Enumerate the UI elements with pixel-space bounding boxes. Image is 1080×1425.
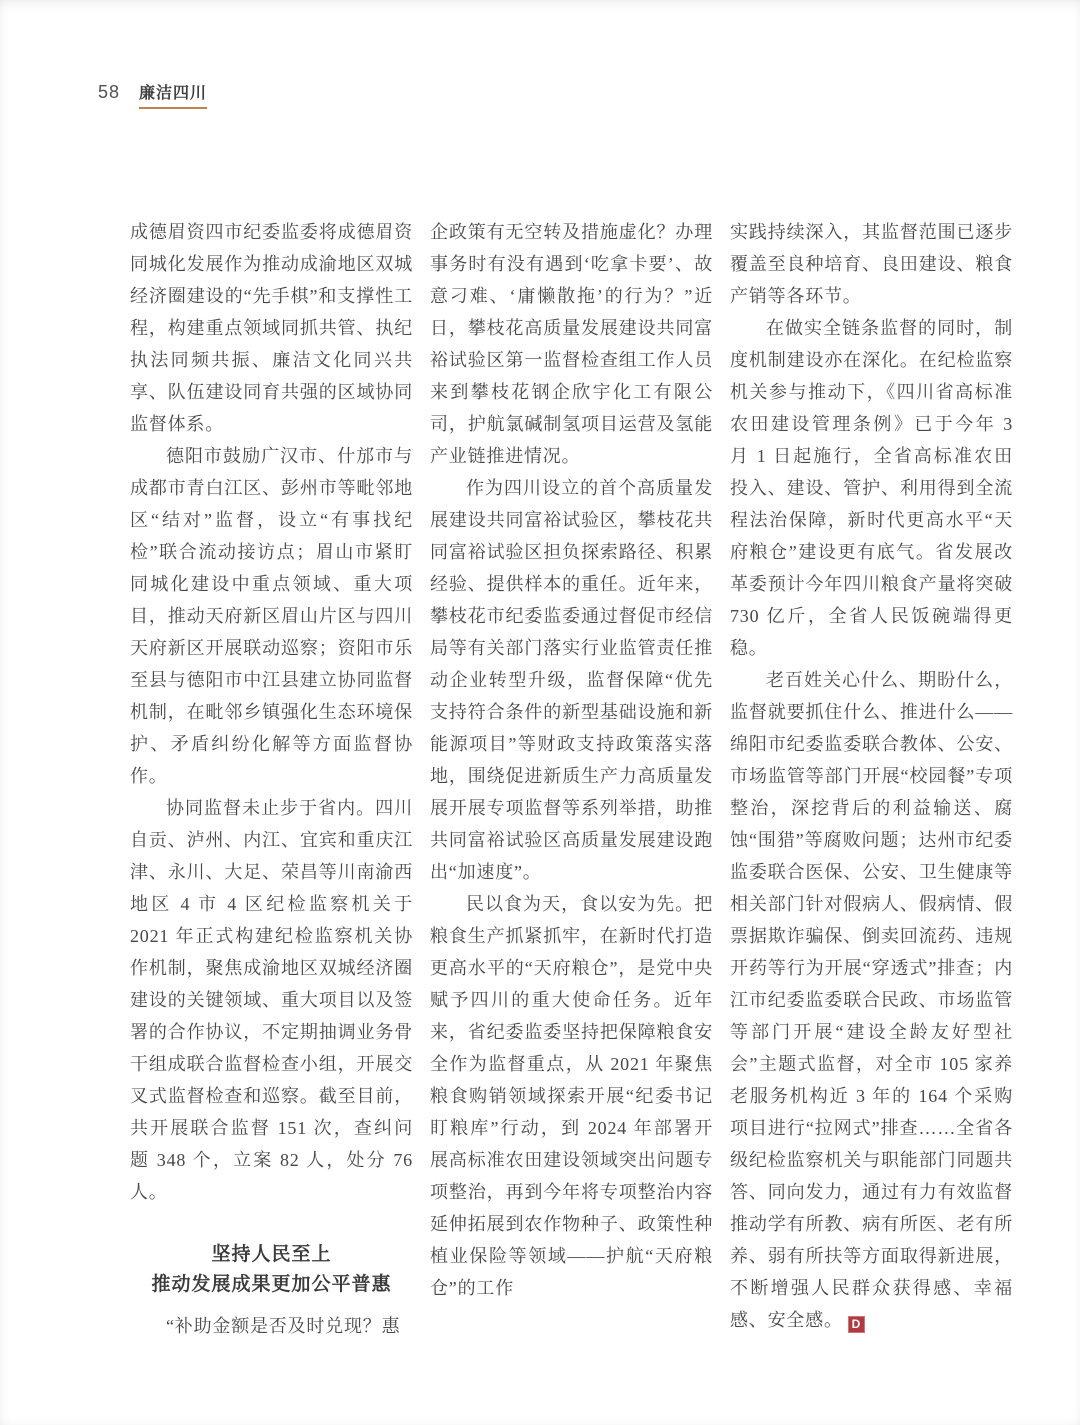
- paragraph-text: 老百姓关心什么、期盼什么，监督就要抓住什么、推进什么——绵阳市纪委监委联合教体、…: [730, 670, 1013, 1330]
- paragraph-continued: 企政策有无空转及措施虚化？办理事务时有没有遇到‘吃拿卡要’、故意刁难、‘庸懒散拖…: [430, 216, 713, 472]
- paragraph: 在做实全链条监督的同时，制度机制建设亦在深化。在纪检监察机关参与推动下，《四川省…: [730, 312, 1013, 664]
- section-heading: 坚持人民至上 推动发展成果更加公平普惠: [130, 1240, 413, 1300]
- column-3: 实践持续深入，其监督范围已逐步覆盖至良种培育、良田建设、粮食产销等各环节。 在做…: [730, 216, 1013, 1342]
- paragraph: 协同监督未止步于省内。四川自贡、泸州、内江、宜宾和重庆江津、永川、大足、荣昌等川…: [130, 792, 413, 1208]
- article-body: 成德眉资四市纪委监委将成德眉资同城化发展作为推动成渝地区双城经济圈建设的“先手棋…: [130, 216, 1015, 1342]
- paragraph: 作为四川设立的首个高质量发展建设共同富裕试验区，攀枝花共同富裕试验区担负探索路径…: [430, 472, 713, 888]
- page-header: 58 廉洁四川: [98, 80, 207, 109]
- paragraph-last: 老百姓关心什么、期盼什么，监督就要抓住什么、推进什么——绵阳市纪委监委联合教体、…: [730, 664, 1013, 1336]
- page-number: 58: [98, 82, 120, 103]
- paragraph-continued: 成德眉资四市纪委监委将成德眉资同城化发展作为推动成渝地区双城经济圈建设的“先手棋…: [130, 216, 413, 440]
- column-1: 成德眉资四市纪委监委将成德眉资同城化发展作为推动成渝地区双城经济圈建设的“先手棋…: [130, 216, 413, 1342]
- section-heading-line-1: 坚持人民至上: [211, 1244, 331, 1265]
- section-heading-line-2: 推动发展成果更加公平普惠: [151, 1274, 391, 1295]
- column-2: 企政策有无空转及措施虚化？办理事务时有没有遇到‘吃拿卡要’、故意刁难、‘庸懒散拖…: [430, 216, 713, 1342]
- magazine-title: 廉洁四川: [139, 80, 207, 109]
- article-end-mark-icon: D: [848, 1316, 865, 1333]
- paragraph: 德阳市鼓励广汉市、什邡市与成都市青白江区、彭州市等毗邻地区“结对”监督，设立“有…: [130, 440, 413, 792]
- paragraph: 民以食为天，食以安为先。把粮食生产抓紧抓牢，在新时代打造更高水平的“天府粮仓”，…: [430, 888, 713, 1304]
- paragraph: “补助金额是否及时兑现？惠: [130, 1310, 413, 1342]
- paragraph-continued: 实践持续深入，其监督范围已逐步覆盖至良种培育、良田建设、粮食产销等各环节。: [730, 216, 1013, 312]
